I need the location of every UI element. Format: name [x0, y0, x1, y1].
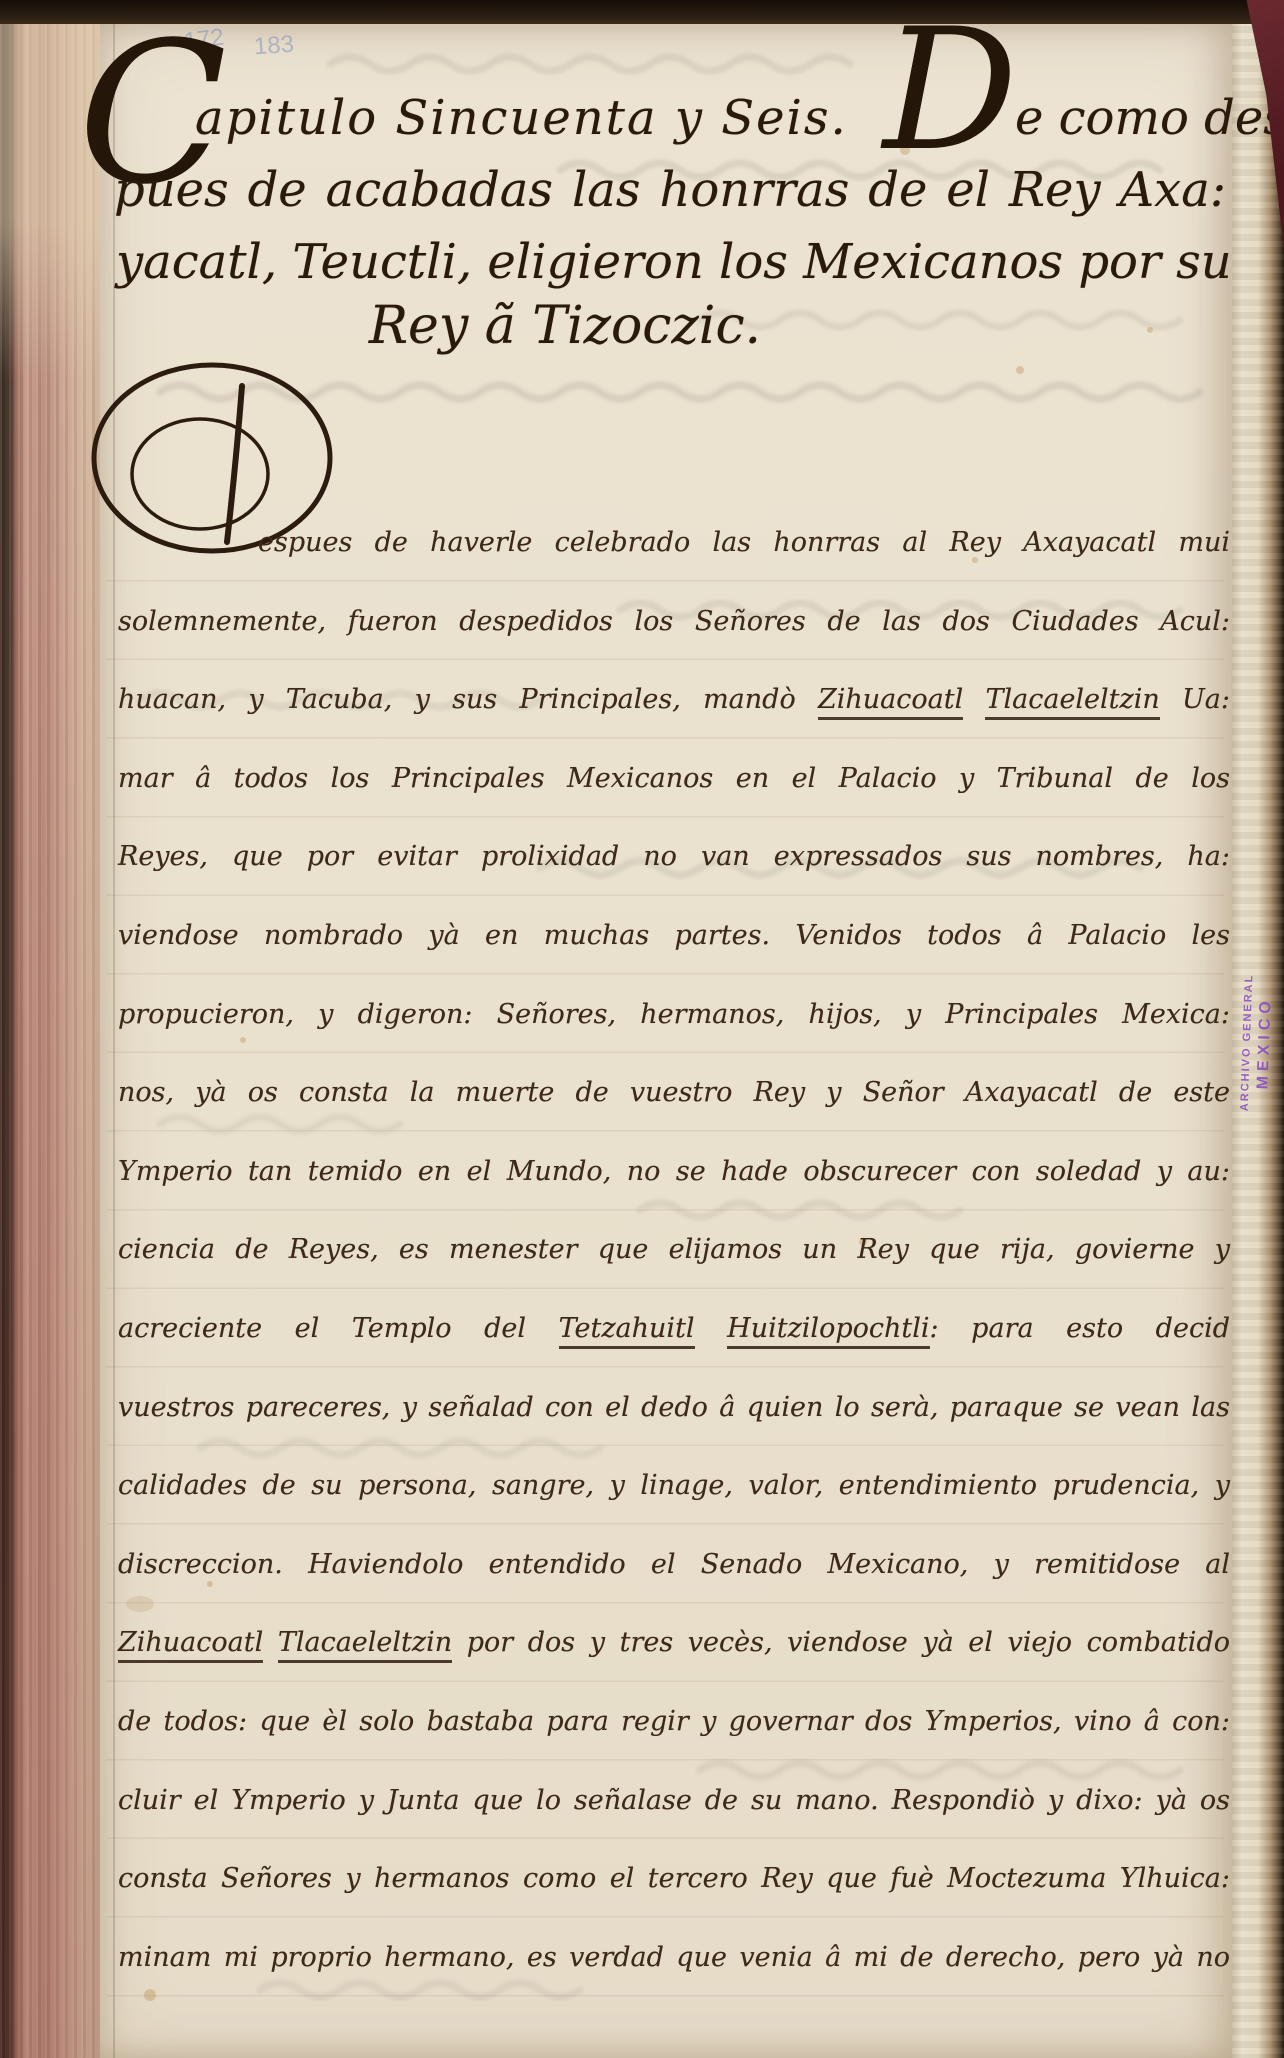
body-line-segment: acreciente el Templo del [118, 1313, 559, 1344]
body-line: discreccion. Haviendolo entendido el Sen… [118, 1526, 1230, 1605]
body-line: vuestros pareceres, y señalad con el ded… [118, 1369, 1230, 1448]
body-text: espues de haverle celebrado las honrras … [118, 504, 1230, 1997]
body-line-segment [963, 684, 985, 715]
underlined-name: Tlacaeleltzin [985, 684, 1159, 720]
body-line-segment [263, 1627, 278, 1658]
title-line-1-end: e como des: [1015, 88, 1284, 148]
body-line-segment: de todos: que èl solo bastaba para regir… [118, 1706, 1230, 1737]
body-line: Zihuacoatl Tlacaeleltzin por dos y tres … [118, 1604, 1230, 1683]
chapter-initial-d: D [883, 6, 1018, 174]
body-line: Ymperio tan temido en el Mundo, no se ha… [118, 1133, 1230, 1212]
title-line-1-text: apitulo Sincuenta y Seis. [195, 88, 848, 148]
body-line-segment: por dos y tres vecès, viendose yà el vie… [452, 1627, 1230, 1658]
body-line: solemnemente, fueron despedidos los Seño… [118, 583, 1230, 662]
body-line: acreciente el Templo del Tetzahuitl Huit… [118, 1290, 1230, 1369]
body-line-segment: nos, yà os consta la muerte de vuestro R… [118, 1077, 1230, 1108]
body-line: calidades de su persona, sangre, y linag… [118, 1447, 1230, 1526]
body-line-segment: cluir el Ymperio y Junta que lo señalase… [118, 1785, 1230, 1816]
underlined-name: Huitzilopochtli [727, 1313, 929, 1349]
body-line-segment: discreccion. Haviendolo entendido el Sen… [118, 1549, 1230, 1580]
body-line: nos, yà os consta la muerte de vuestro R… [118, 1054, 1230, 1133]
title-line-3: yacatl, Teuctli, eligieron los Mexicanos… [116, 232, 1232, 292]
left-page-edges [0, 0, 100, 2058]
underlined-name: Tetzahuitl [559, 1313, 695, 1349]
body-line-segment: mar â todos los Principales Mexicanos en… [118, 763, 1230, 794]
body-line-segment: Ua: [1160, 684, 1230, 715]
body-line: minam mi proprio hermano, es verdad que … [118, 1919, 1230, 1998]
body-line: mar â todos los Principales Mexicanos en… [118, 740, 1230, 819]
title-line-4: Rey ã Tizoczic. [100, 296, 1030, 356]
title-line-2: pues de acabadas las honrras de el Rey A… [114, 160, 1226, 220]
body-line-segment [695, 1313, 728, 1344]
body-line-segment: huacan, y Tacuba, y sus Principales, man… [118, 684, 818, 715]
body-line-segment: ciencia de Reyes, es menester que elijam… [118, 1234, 1230, 1265]
body-line: espues de haverle celebrado las honrras … [118, 504, 1230, 583]
body-line-segment: Reyes, que por evitar prolixidad no van … [118, 841, 1230, 872]
underlined-name: Tlacaeleltzin [278, 1627, 452, 1663]
body-line: huacan, y Tacuba, y sus Principales, man… [118, 661, 1230, 740]
body-line-segment: Ymperio tan temido en el Mundo, no se ha… [118, 1156, 1230, 1187]
body-line-segment: : para esto decid [930, 1313, 1230, 1344]
manuscript-page: 172 183 C apitulo Sincuenta y Seis. D e … [100, 24, 1232, 2058]
body-line-segment: viendose nombrado yà en muchas partes. V… [118, 920, 1230, 951]
body-line-segment: calidades de su persona, sangre, y linag… [118, 1470, 1230, 1501]
pencil-foliation-right: 183 [253, 31, 295, 62]
body-line: consta Señores y hermanos como el tercer… [118, 1840, 1230, 1919]
body-line: cluir el Ymperio y Junta que lo señalase… [118, 1762, 1230, 1841]
archive-stamp: ARCHIVO GENERAL MEXICO [1224, 877, 1284, 1209]
body-line: viendose nombrado yà en muchas partes. V… [118, 897, 1230, 976]
body-line-segment: propucieron, y digeron: Señores, hermano… [118, 999, 1230, 1030]
body-line: de todos: que èl solo bastaba para regir… [118, 1683, 1230, 1762]
body-line-segment: consta Señores y hermanos como el tercer… [118, 1863, 1230, 1894]
archive-stamp-line2: MEXICO [1254, 996, 1275, 1090]
archive-stamp-line1: ARCHIVO GENERAL [1238, 974, 1255, 1112]
underlined-name: Zihuacoatl [118, 1627, 263, 1663]
body-line-segment: minam mi proprio hermano, es verdad que … [118, 1942, 1230, 1973]
body-line: propucieron, y digeron: Señores, hermano… [118, 976, 1230, 1055]
binding-top-edge [0, 0, 1284, 24]
body-line: Reyes, que por evitar prolixidad no van … [118, 818, 1230, 897]
manuscript-scan: ARCHIVO GENERAL MEXICO [0, 0, 1284, 2058]
body-line-segment: vuestros pareceres, y señalad con el ded… [118, 1392, 1230, 1423]
body-line: ciencia de Reyes, es menester que elijam… [118, 1211, 1230, 1290]
body-line-segment: espues de haverle celebrado las honrras … [258, 527, 1230, 558]
body-line-segment: solemnemente, fueron despedidos los Seño… [118, 606, 1230, 637]
underlined-name: Zihuacoatl [818, 684, 963, 720]
